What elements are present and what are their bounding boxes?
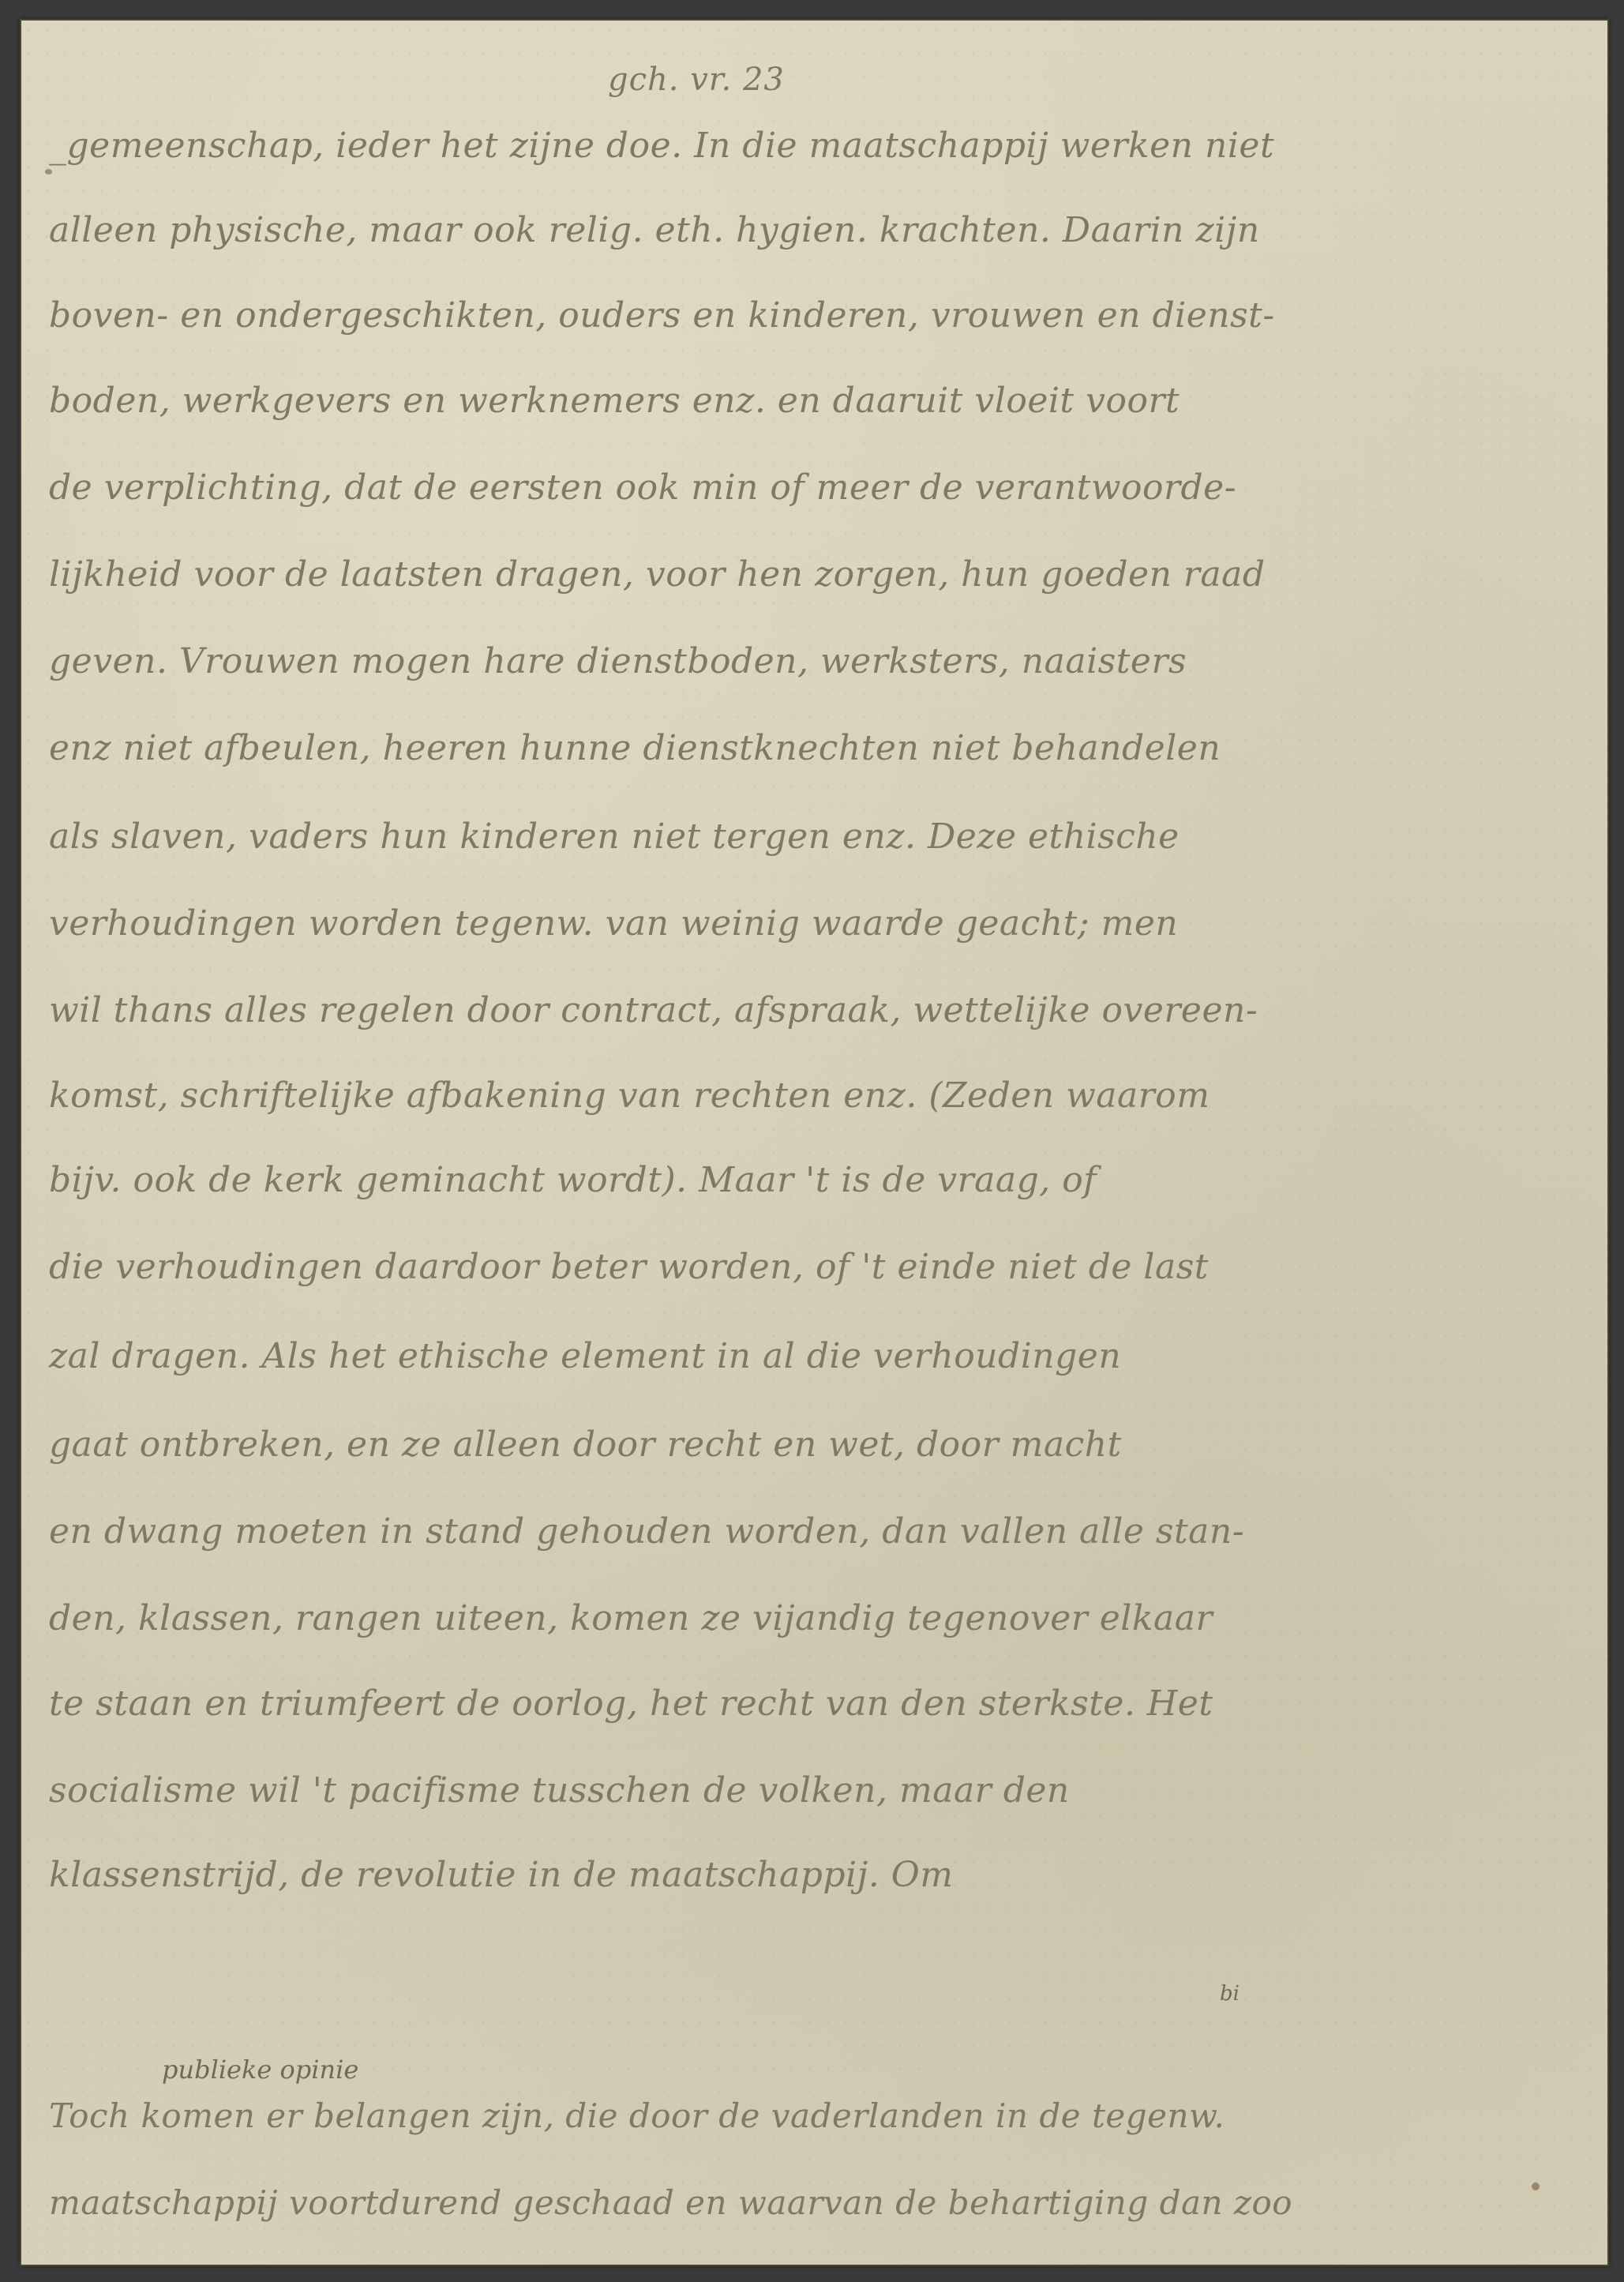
text-line-9: als slaven, vaders hun kinderen niet ter… bbox=[49, 813, 1588, 861]
manuscript-page bbox=[20, 19, 1609, 2266]
text-line-5: de verplichting, dat de eersten ook min … bbox=[49, 464, 1588, 512]
text-line-19: te staan en triumfeert de oorlog, het re… bbox=[49, 1680, 1588, 1728]
text-line-12: komst, schriftelijke afbakening van rech… bbox=[49, 1072, 1588, 1120]
text-line-2: alleen physische, maar ook relig. eth. h… bbox=[49, 207, 1588, 254]
text-line-17: en dwang moeten in stand gehouden worden… bbox=[49, 1508, 1588, 1556]
text-line-20: socialisme wil 't pacifisme tusschen de … bbox=[49, 1767, 1588, 1815]
ink-stain bbox=[45, 169, 52, 175]
page-number: gch. vr. 23 bbox=[608, 62, 785, 98]
text-line-7: geven. Vrouwen mogen hare dienstboden, w… bbox=[49, 638, 1588, 685]
interlinear-insertion-publieke-opinie: publieke opinie bbox=[162, 2055, 358, 2085]
text-line-4: boden, werkgevers en werknemers enz. en … bbox=[49, 377, 1588, 425]
text-line-23: maatschappij voortdurend geschaad en waa… bbox=[49, 2179, 1588, 2227]
text-line-10: verhoudingen worden tegenw. van weinig w… bbox=[49, 900, 1588, 948]
text-line-11: wil thans alles regelen door contract, a… bbox=[49, 987, 1588, 1034]
text-line-15: zal dragen. Als het ethische element in … bbox=[49, 1333, 1588, 1380]
text-line-8: enz niet afbeulen, heeren hunne dienstkn… bbox=[49, 725, 1588, 772]
text-line-3: boven- en ondergeschikten, ouders en kin… bbox=[49, 292, 1588, 340]
text-line-6: lijkheid voor de laatsten dragen, voor h… bbox=[49, 551, 1588, 599]
text-line-21: klassenstrijd, de revolutie in de maatsc… bbox=[49, 1852, 1588, 1899]
text-line-18: den, klassen, rangen uiteen, komen ze vi… bbox=[49, 1595, 1588, 1642]
text-line-1: _gemeenschap, ieder het zijne doe. In di… bbox=[49, 122, 1588, 170]
text-line-22: Toch komen er belangen zijn, die door de… bbox=[49, 2092, 1588, 2140]
text-line-13: bijv. ook de kerk geminacht wordt). Maar… bbox=[49, 1157, 1588, 1204]
interlinear-insertion-bi: bi bbox=[1220, 1982, 1240, 2006]
text-line-16: gaat ontbreken, en ze alleen door recht … bbox=[49, 1421, 1588, 1469]
text-line-14: die verhoudingen daardoor beter worden, … bbox=[49, 1244, 1588, 1291]
